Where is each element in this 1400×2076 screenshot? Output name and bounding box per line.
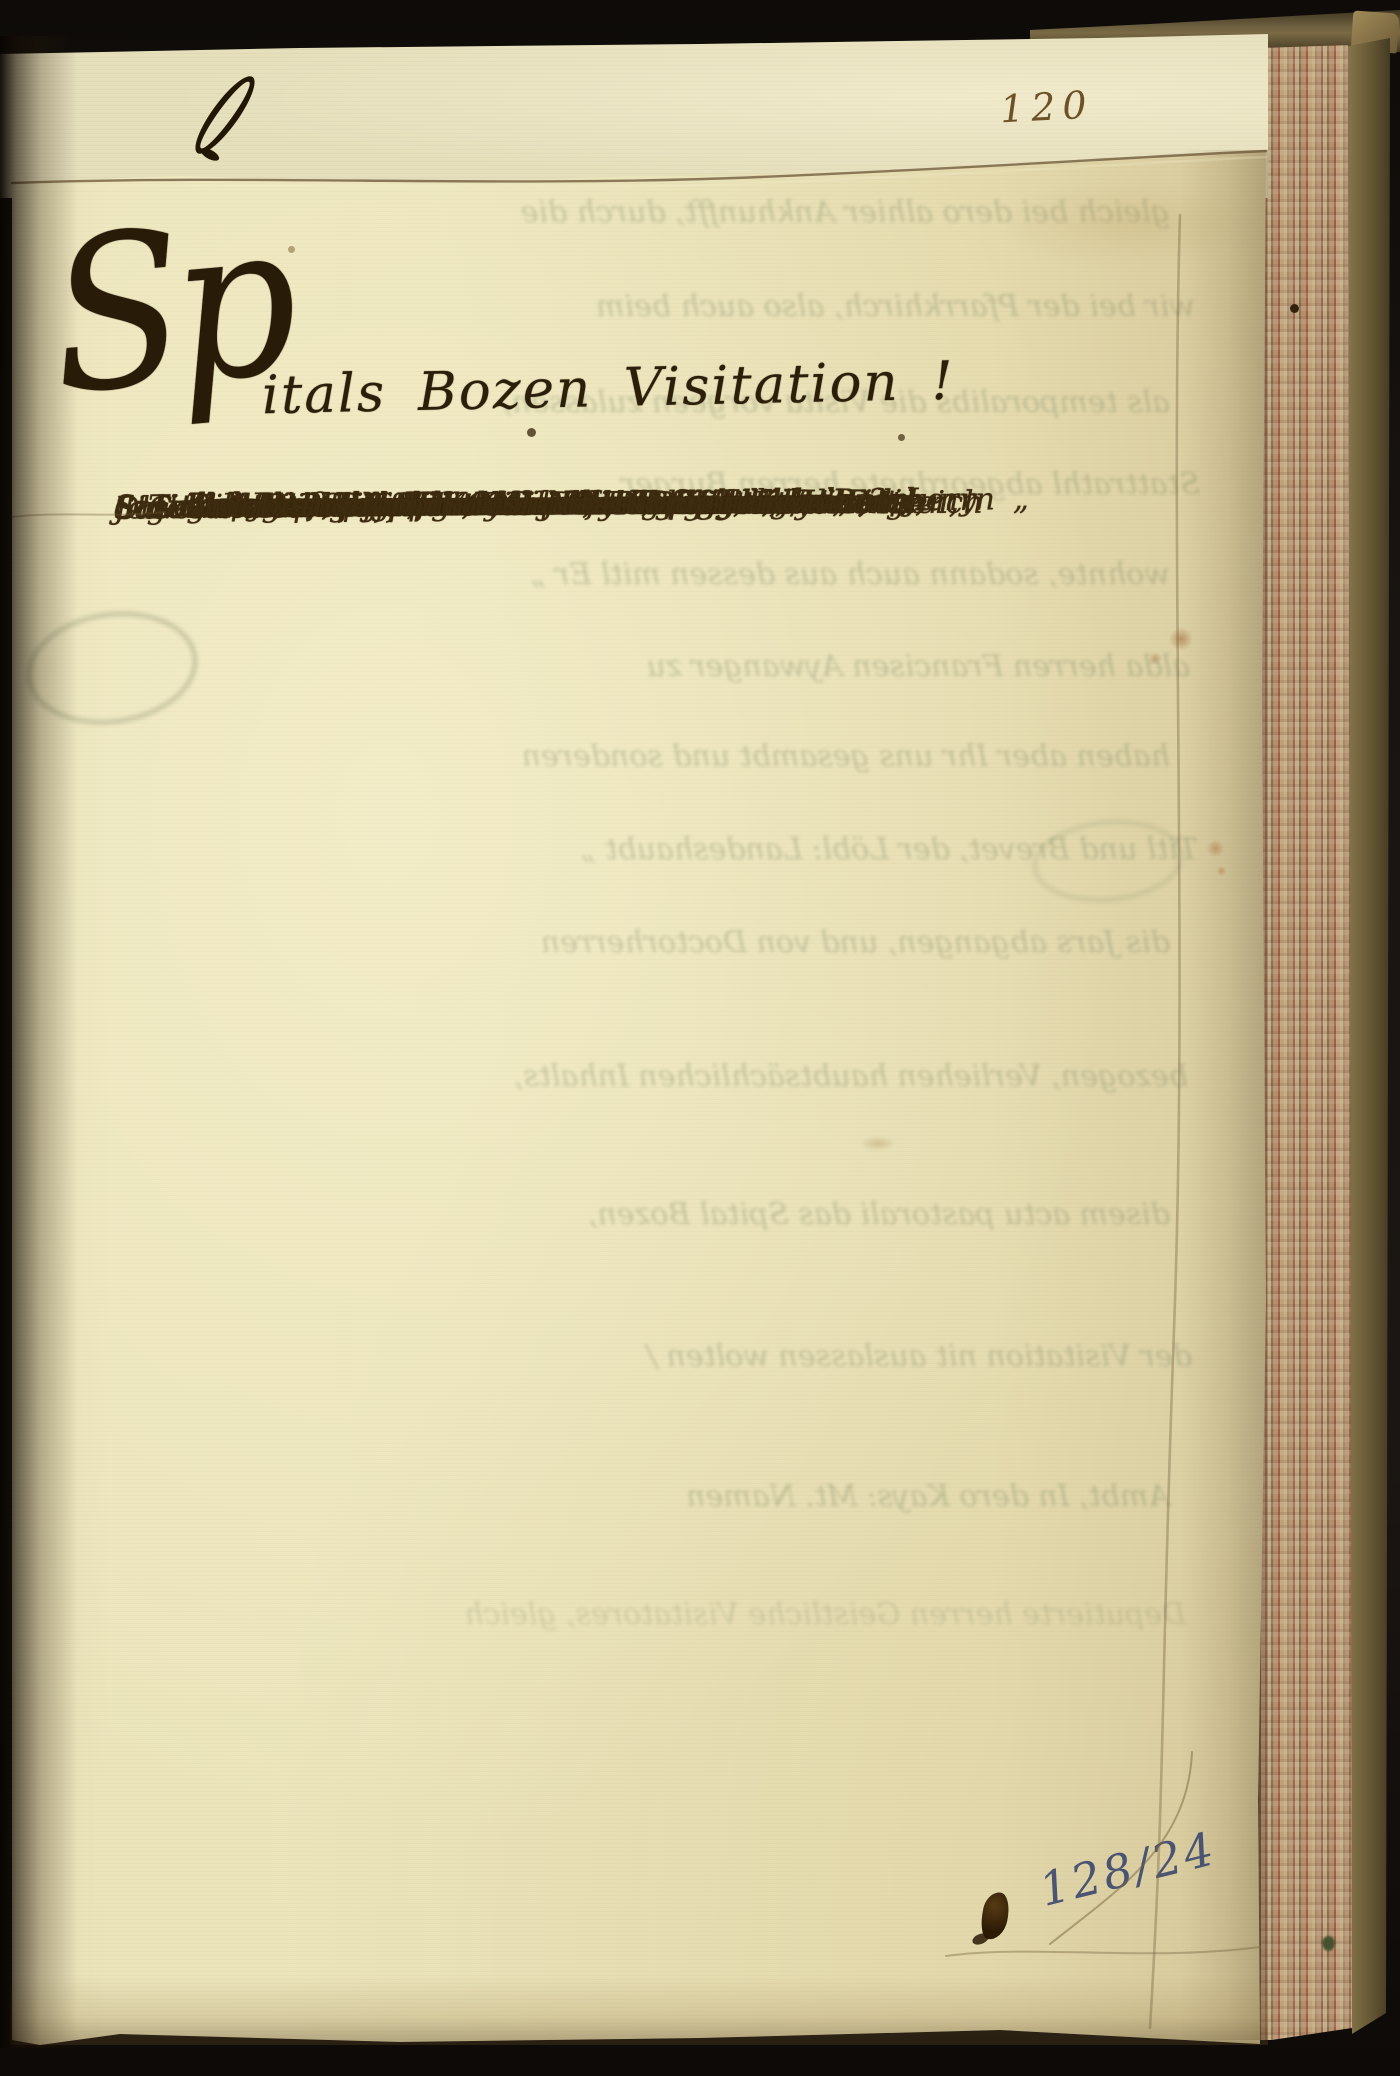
fox-spot [288, 246, 295, 253]
book-cover-side [1344, 38, 1396, 2036]
bottom-edge-shade [10, 1975, 1268, 2045]
fore-edge-page-stack [1256, 40, 1356, 2040]
edge-fiber [1322, 1936, 1335, 1951]
ghost-text-line: Deputierte herren Geistliche Visitatores… [46, 1600, 1186, 1630]
title-initial-flourish: Sp [43, 195, 295, 426]
ink-speck [527, 428, 536, 437]
ghost-text-line: Titl und Brevet, der Löbl: Landeshaubt „ [58, 835, 1198, 865]
folio-number: 120 [999, 86, 1094, 129]
manuscript-photo: gleich bei dero alhier Ankhunfft, durch … [0, 0, 1400, 2076]
ghost-text-line: bezogen, Verliehen haubtsächlichen Inhal… [48, 1062, 1188, 1092]
fox-spot [1148, 652, 1163, 665]
ghost-text-line: der Visitation nit auslassen wolten / [52, 1342, 1192, 1372]
paper-stain [860, 1136, 896, 1151]
ghost-text-line: alda herren Francisen Aywanger zu [50, 652, 1190, 682]
ghost-text-line: Ambt, In dero Kays: Mt. Namen [30, 1482, 1170, 1512]
right-margin-shade [1180, 150, 1268, 2040]
text-line: Ambt, In dero Kays: Mt. Namen [186, 480, 736, 530]
ink-speck [898, 434, 905, 441]
ghost-text-line: dis Jars abgangen, und von Doctorherren [30, 928, 1170, 958]
ghost-text-line: disem actu pastorali das Spital Bozen, [30, 1200, 1170, 1230]
ghost-text-line: wohnte, sodann auch aus dessen mitl Er „ [30, 560, 1170, 590]
gutter-shadow [0, 36, 78, 2048]
ghost-text-line: haben aber Ihr uns gesambt und sonderen [30, 742, 1170, 772]
manuscript-page [10, 148, 1268, 2048]
edge-speck [1290, 304, 1299, 313]
